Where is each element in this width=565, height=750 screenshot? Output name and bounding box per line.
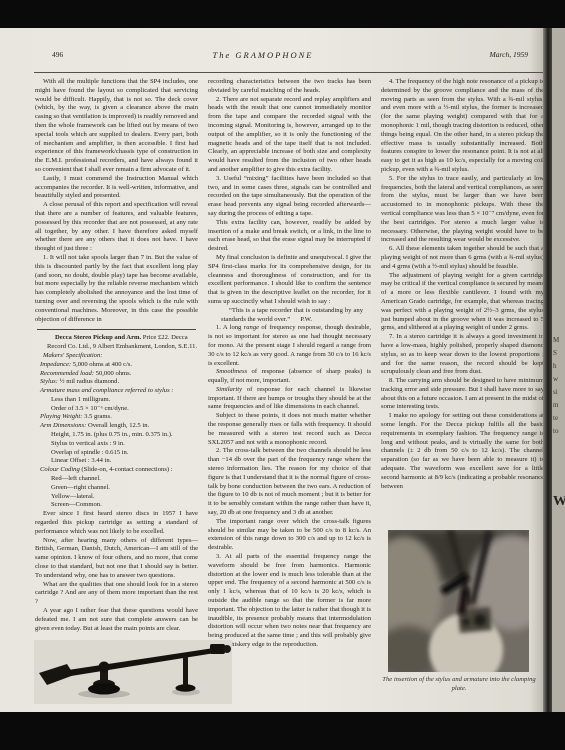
paragraph: A year ago I rather fear that these ques… <box>35 607 198 633</box>
page-gutter-shadow <box>543 28 552 712</box>
header-rule <box>34 72 543 73</box>
spec-line: Recommended load: 50,000 ohms. <box>35 370 198 379</box>
spec-line: Linear Offset : 3.44 in. <box>35 457 198 466</box>
requirement-item: 7. In a stereo cartridge it is always a … <box>381 333 544 377</box>
page-header: 496 The GRAMOPHONE March, 1959 <box>0 50 546 66</box>
requirement-item: Smoothness of response (absence of sharp… <box>208 368 371 386</box>
spec-line: Red—left channel. <box>35 475 198 484</box>
scan-border-bottom <box>0 712 565 750</box>
edge-letter: w <box>553 375 558 383</box>
column-1: With all the multiple functions that the… <box>35 78 198 634</box>
tonearm-photo <box>34 634 232 708</box>
requirement-item: 2. The cross-talk between the two channe… <box>208 447 371 517</box>
spec-line: Arm Dimensions: Overall length, 12.5 in. <box>35 422 198 431</box>
requirement-item: 6. All these elements taken together sho… <box>381 245 544 271</box>
spec-line: Playing Weight: 3.5 grams. <box>35 413 198 422</box>
spec-line: Armature mass and compliance referred to… <box>35 387 198 396</box>
requirement-item: 1. A long range of frequency response, t… <box>208 324 371 368</box>
spec-title: Makers' Specification: <box>35 352 198 361</box>
paragraph: The adjustment of playing weight for a g… <box>381 272 544 334</box>
spec-line: Green—right channel. <box>35 484 198 493</box>
spec-line: Screen—Common. <box>35 501 198 510</box>
spec-line: Height, 1.75 in. (plus 0.75 in., min. 0.… <box>35 431 198 440</box>
paragraph: My final conclusion is definite and uneq… <box>208 254 371 307</box>
paragraph: A close perusal of this report and speci… <box>35 201 198 254</box>
paragraph: I make no apology for setting out these … <box>381 412 544 491</box>
spec-line: Colour Coding (Slide-on, 4-contact conne… <box>35 466 198 475</box>
edge-letter: to <box>553 427 558 435</box>
issue-date: March, 1959 <box>490 50 528 59</box>
requirement-item: 8. The carrying arm should be designed t… <box>381 377 544 412</box>
edge-letter: M <box>553 336 559 344</box>
reviewer-initials: P.W. <box>290 316 312 323</box>
edge-letter: W <box>553 494 565 510</box>
conclusion-quote: “This is a tape recorder that is outstan… <box>208 307 371 325</box>
paragraph: Lastly, I must commend the Instruction M… <box>35 175 198 201</box>
product-name: Decca Stereo Pickup and Arm. <box>55 334 141 341</box>
edge-letter: h <box>553 362 557 370</box>
requirement-item: Subject to these points, it does not muc… <box>208 412 371 447</box>
edge-letter: te <box>553 414 558 422</box>
edge-letter: m <box>553 401 558 409</box>
spec-line: Stylus: ½ mil radius diamond. <box>35 378 198 387</box>
paragraph: recording characteristics between the tw… <box>208 78 371 96</box>
page-sheet: 496 The GRAMOPHONE March, 1959 With all … <box>0 28 546 712</box>
next-page-edge: M S h w si m te to W <box>552 28 565 712</box>
column-3: 4. The frequency of the high note resona… <box>381 78 544 530</box>
column-2: recording characteristics between the tw… <box>208 78 371 710</box>
paragraph: Ever since I first heard stereo discs in… <box>35 510 198 536</box>
paragraph: This extra facility can, however, readil… <box>208 219 371 254</box>
journal-title: The GRAMOPHONE <box>0 50 526 60</box>
requirement-item: The important range over which the cross… <box>208 518 371 553</box>
spec-line: Overlap of spindle : 0.615 in. <box>35 449 198 458</box>
paragraph: 2. There are not separate record and rep… <box>208 96 371 175</box>
stylus-insertion-photo <box>388 530 529 672</box>
paragraph: 3. Useful “mixing” facilities have been … <box>208 175 371 219</box>
magazine-page-scan: 496 The GRAMOPHONE March, 1959 With all … <box>0 0 565 750</box>
paragraph: What are the qualities that one should l… <box>35 581 198 607</box>
edge-letter: S <box>553 349 557 357</box>
spec-line: Less than 1 milligram. <box>35 396 198 405</box>
spec-line: Impedance: 5,000 ohms at 400 c/s. <box>35 361 198 370</box>
requirement-item: 4. The frequency of the high note resona… <box>381 78 544 175</box>
decca-review-heading: Decca Stereo Pickup and Arm. Price £22. … <box>35 334 198 352</box>
paragraph: With all the multiple functions that the… <box>35 78 198 175</box>
paragraph: Now, after hearing many others of differ… <box>35 537 198 581</box>
requirement-item: 5. For the stylus to trace easily, and p… <box>381 175 544 245</box>
requirement-item: Similarity of response for each channel … <box>208 386 371 412</box>
scan-border-top <box>0 0 565 28</box>
makers-specification: Impedance: 5,000 ohms at 400 c/s. Recomm… <box>35 361 198 511</box>
edge-letter: si <box>553 388 558 396</box>
requirement-item: 3. At all parts of the essential frequen… <box>208 553 371 650</box>
paragraph: 1. It will not take spools larger than 7… <box>35 254 198 324</box>
spec-line: Stylus to vertical axis : 9 in. <box>35 440 198 449</box>
photo-caption: The insertion of the stylus and armature… <box>376 676 542 693</box>
spec-line: Order of 3.5 × 10⁻⁶ cm/dyne. <box>35 405 198 414</box>
spec-line: Yellow—lateral. <box>35 493 198 502</box>
section-divider <box>37 329 196 330</box>
